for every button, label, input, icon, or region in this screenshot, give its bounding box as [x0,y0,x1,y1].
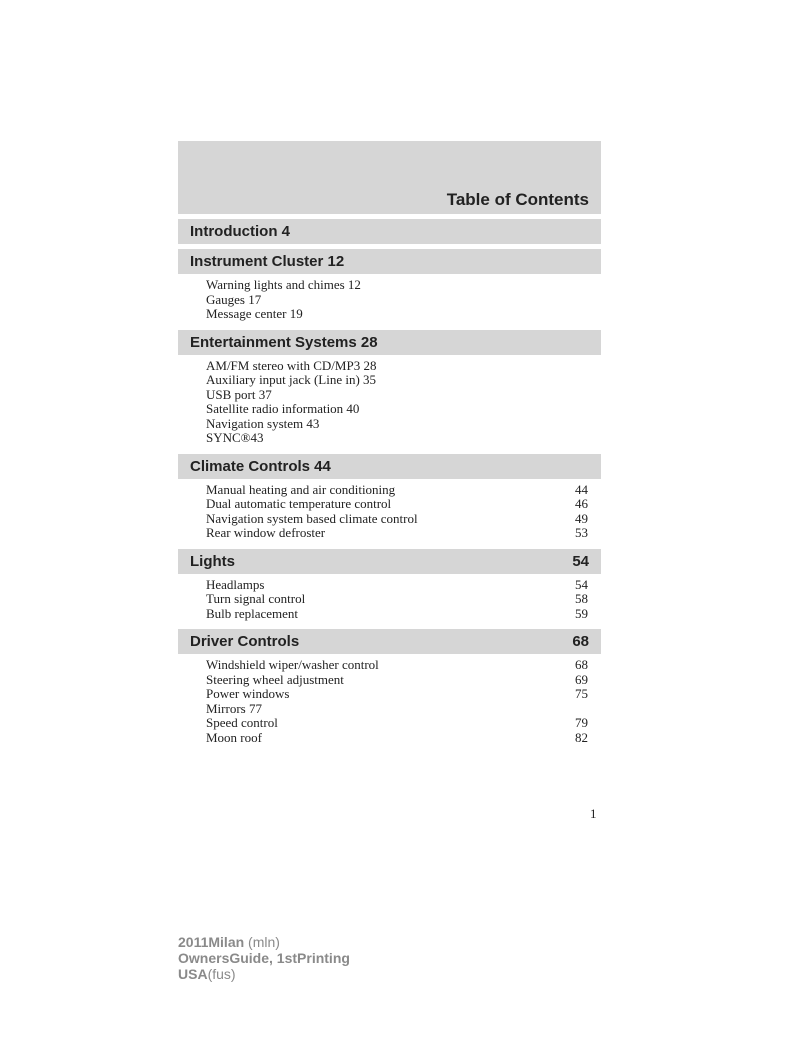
section-header[interactable]: Driver Controls68 [178,629,601,654]
entry-label: Satellite radio information 40 [206,402,359,417]
entry-label: Warning lights and chimes 12 [206,278,361,293]
entry-page: 58 [575,592,588,607]
entry-label: SYNC®43 [206,431,264,446]
page-title: Table of Contents [447,190,589,210]
toc-entry[interactable]: Rear window defroster53 [206,526,601,541]
section-items: AM/FM stereo with CD/MP3 28Auxiliary inp… [178,355,601,449]
entry-page: 75 [575,687,588,702]
toc-entry[interactable]: Navigation system 43 [206,417,601,432]
toc-page: Table of Contents Introduction 4Instrume… [178,141,601,748]
toc-entry[interactable]: Satellite radio information 40 [206,402,601,417]
section-page: 54 [572,553,589,570]
entry-label: Steering wheel adjustment [206,673,344,688]
entry-label: Moon roof [206,731,262,746]
toc-entry[interactable]: Moon roof82 [206,731,601,746]
entry-page: 49 [575,512,588,527]
toc-entry[interactable]: Power windows75 [206,687,601,702]
section-title: Introduction 4 [190,223,290,240]
entry-page: 68 [575,658,588,673]
toc-entry[interactable]: Speed control79 [206,716,601,731]
toc-entry[interactable]: Bulb replacement59 [206,607,601,622]
section-header[interactable]: Introduction 4 [178,219,601,244]
entry-label: Message center 19 [206,307,303,322]
section-items: Warning lights and chimes 12Gauges 17Mes… [178,274,601,325]
entry-label: USB port 37 [206,388,272,403]
entry-page: 46 [575,497,588,512]
entry-label: Headlamps [206,578,264,593]
footer-region-code: (fus) [208,966,236,982]
toc-entry[interactable]: Gauges 17 [206,293,601,308]
toc-entry[interactable]: Dual automatic temperature control46 [206,497,601,512]
toc-entry[interactable]: Navigation system based climate control4… [206,512,601,527]
title-banner: Table of Contents [178,141,601,214]
entry-label: Turn signal control [206,592,305,607]
entry-label: Rear window defroster [206,526,325,541]
entry-page: 82 [575,731,588,746]
section-items: Manual heating and air conditioning44Dua… [178,479,601,544]
entry-label: Auxiliary input jack (Line in) 35 [206,373,376,388]
section-title: Instrument Cluster 12 [190,253,344,270]
toc-sections: Introduction 4Instrument Cluster 12Warni… [178,214,601,748]
toc-entry[interactable]: Manual heating and air conditioning44 [206,483,601,498]
footer-model-code: (mln) [244,934,280,950]
section-page: 68 [572,633,589,650]
toc-entry[interactable]: Message center 19 [206,307,601,322]
toc-entry[interactable]: Turn signal control58 [206,592,601,607]
entry-page: 79 [575,716,588,731]
section-title: Lights [190,553,235,570]
entry-label: Manual heating and air conditioning [206,483,395,498]
section-header[interactable]: Instrument Cluster 12 [178,249,601,274]
entry-label: Dual automatic temperature control [206,497,391,512]
entry-label: Navigation system 43 [206,417,319,432]
toc-entry[interactable]: Windshield wiper/washer control68 [206,658,601,673]
print-footer: 2011Milan (mln) OwnersGuide, 1stPrinting… [178,934,350,982]
section-title: Entertainment Systems 28 [190,334,378,351]
section-items: Windshield wiper/washer control68Steerin… [178,654,601,748]
toc-entry[interactable]: Mirrors 77 [206,702,601,717]
entry-label: Power windows [206,687,289,702]
entry-page: 54 [575,578,588,593]
section-items: Headlamps54Turn signal control58Bulb rep… [178,574,601,625]
section-header[interactable]: Climate Controls 44 [178,454,601,479]
footer-model: 2011Milan [178,934,244,950]
entry-label: AM/FM stereo with CD/MP3 28 [206,359,376,374]
footer-guide: OwnersGuide, 1stPrinting [178,950,350,966]
entry-page: 44 [575,483,588,498]
section-title: Driver Controls [190,633,299,650]
toc-entry[interactable]: Headlamps54 [206,578,601,593]
entry-label: Bulb replacement [206,607,298,622]
section-title: Climate Controls 44 [190,458,331,475]
toc-entry[interactable]: USB port 37 [206,388,601,403]
toc-entry[interactable]: Warning lights and chimes 12 [206,278,601,293]
entry-page: 69 [575,673,588,688]
toc-entry[interactable]: Auxiliary input jack (Line in) 35 [206,373,601,388]
footer-region: USA [178,966,208,982]
toc-entry[interactable]: SYNC®43 [206,431,601,446]
entry-label: Mirrors 77 [206,702,262,717]
entry-label: Gauges 17 [206,293,261,308]
entry-page: 53 [575,526,588,541]
section-header[interactable]: Lights54 [178,549,601,574]
toc-entry[interactable]: Steering wheel adjustment69 [206,673,601,688]
entry-label: Navigation system based climate control [206,512,418,527]
entry-page: 59 [575,607,588,622]
toc-entry[interactable]: AM/FM stereo with CD/MP3 28 [206,359,601,374]
page-number: 1 [590,806,597,822]
entry-label: Speed control [206,716,278,731]
entry-label: Windshield wiper/washer control [206,658,379,673]
section-header[interactable]: Entertainment Systems 28 [178,330,601,355]
